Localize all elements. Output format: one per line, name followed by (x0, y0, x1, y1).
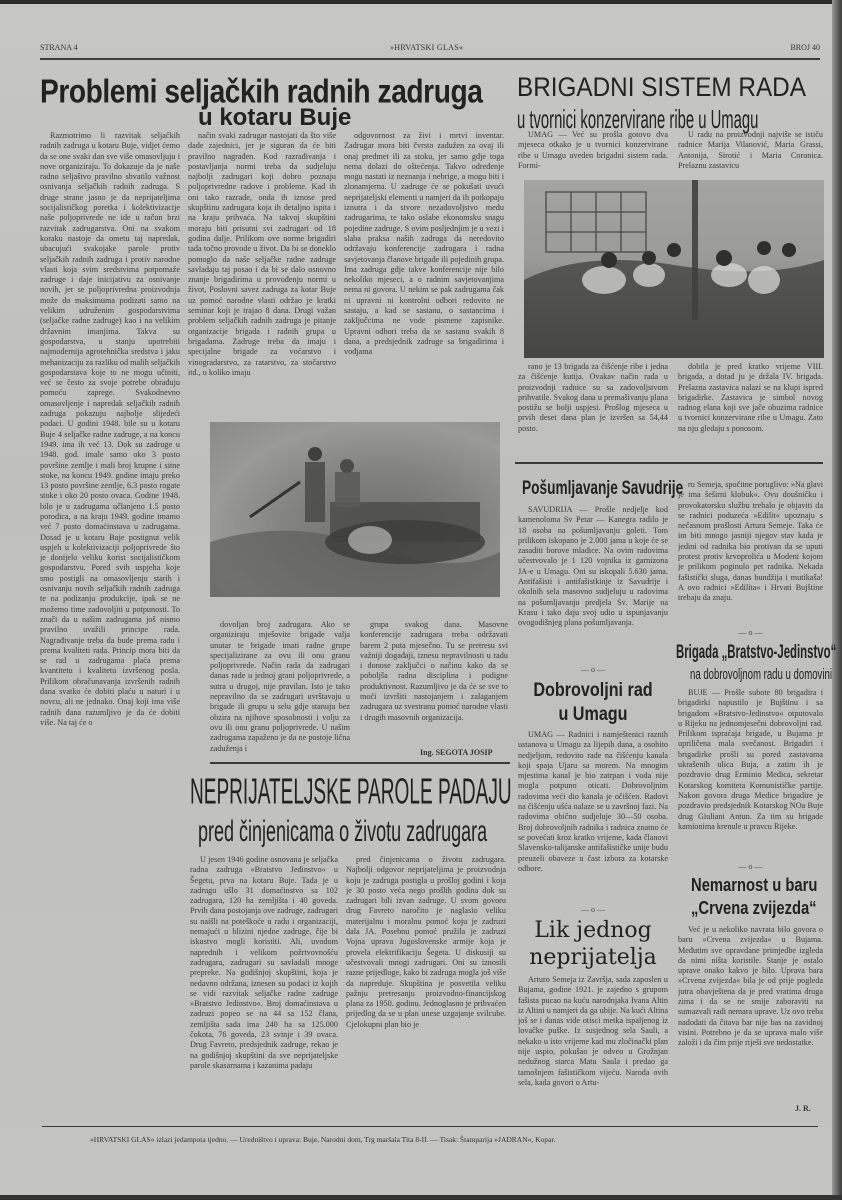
enemy-profile-continuation: ru Semeja, spočitne poruglivo: »Na glavi… (678, 480, 823, 620)
separator: — o — (678, 628, 823, 637)
enemy-slogans-title: NEPRIJATELJSKE PAROLE PADAJU (190, 772, 512, 813)
issue-number: BROJ 40 (790, 43, 820, 52)
enemy-profile-title-line1: Lik jednog (518, 918, 668, 943)
masthead: STRANA 4 »HRVATSKI GLAS« BROJ 40 (40, 43, 820, 57)
enemy-profile-body: Arturo Semeja iz Završja, sada zaposlen … (518, 975, 668, 1115)
brigade-system-col2a: U radu na proizvodnji najviše se ističu … (678, 130, 823, 175)
newspaper-page: STRANA 4 »HRVATSKI GLAS« BROJ 40 Problem… (0, 0, 842, 1200)
scan-edge-top (0, 0, 842, 4)
bar-negligence-signature: J. R. (795, 1104, 811, 1113)
masthead-rule (40, 58, 820, 60)
brigade-system-col1b: rano je 13 brigada za čišćenje ribe i je… (518, 362, 668, 447)
brotherhood-brigade-body: BUJE — Prošle subote 80 brigadira i brig… (678, 688, 823, 866)
volunteer-work-title-line1: Dobrovoljni rad (529, 680, 657, 702)
factory-workers-illustration-icon (524, 180, 824, 358)
section-rule-middle (210, 762, 510, 764)
main-article-col3b: grupa svakog dana. Masovne konferencije … (360, 620, 508, 725)
page-number: STRANA 4 (40, 43, 78, 52)
main-article-col2: način svaki zadrugar nastojati da što vi… (188, 131, 336, 416)
paper-name: »HRVATSKI GLAS« (390, 43, 463, 52)
enemy-slogans-subtitle: pred činjenicama o životu zadrugara (198, 815, 487, 849)
scan-edge-right (832, 0, 842, 1200)
afforestation-title: Pošumljavanje Savudrije (522, 478, 683, 500)
tractor-illustration-icon (210, 422, 500, 597)
bar-negligence-title-line2: „Crvena zvijezda“ (691, 898, 810, 919)
separator: — o — (518, 665, 668, 674)
main-article-signature: Ing. SEGOTA JOSIP (420, 748, 493, 757)
section-rule-right (515, 462, 823, 464)
enemy-profile-title-line2: neprijatelja (518, 945, 668, 970)
scan-edge-bottom (0, 1195, 842, 1200)
enemy-slogans-col2: pred činjenicama o životu zadrugara. Naj… (346, 855, 506, 1117)
main-article-subtitle: u kotaru Buje (198, 104, 351, 132)
brotherhood-brigade-title-line1: Brigada „Bratstvo-Jedinstvo“ (676, 642, 836, 664)
main-article-col1: Razmotrimo li razvitak seljačkih radnih … (40, 131, 180, 1116)
main-article-col3: odgovornost za živi i mrtvi inventar. Za… (344, 131, 504, 416)
main-article-col2b: dovoljan broj zadrugara. Ako se organizi… (210, 620, 350, 760)
brigade-system-col1a: UMAG — Već su prošla gotovo dva mjeseca … (518, 130, 668, 175)
bar-negligence-title-line1: Nemarnost u baru (691, 875, 810, 896)
footer-rule (42, 1126, 818, 1127)
brotherhood-brigade-title-line2: na dobrovoljnom radu u domovini (690, 666, 832, 683)
brigade-system-title: BRIGADNI SISTEM RADA (517, 72, 806, 103)
separator: — o — (678, 862, 823, 871)
footer-imprint: »HRVATSKI GLAS« izlazi jedampota tjedno.… (90, 1135, 555, 1144)
brigade-system-col2b: dobila je pred kratko vrijeme VIII. brig… (678, 362, 823, 447)
volunteer-work-title-line2: u Umagu (529, 704, 657, 726)
separator: — o — (518, 905, 668, 914)
afforestation-body: SAVUDRIJA — Prošle nedjelje kod kamenolo… (518, 505, 668, 662)
enemy-slogans-col1: U jesen 1946 godine osnovana je seljačka… (190, 855, 338, 1117)
volunteer-work-body: UMAG — Radnici i namještenici raznih ust… (518, 730, 668, 902)
bar-negligence-body: Već je u nekoliko navrata bilo govora o … (678, 925, 823, 1097)
photo-tractor-plowing (210, 422, 500, 597)
photo-fish-cannery-workers (524, 180, 824, 358)
